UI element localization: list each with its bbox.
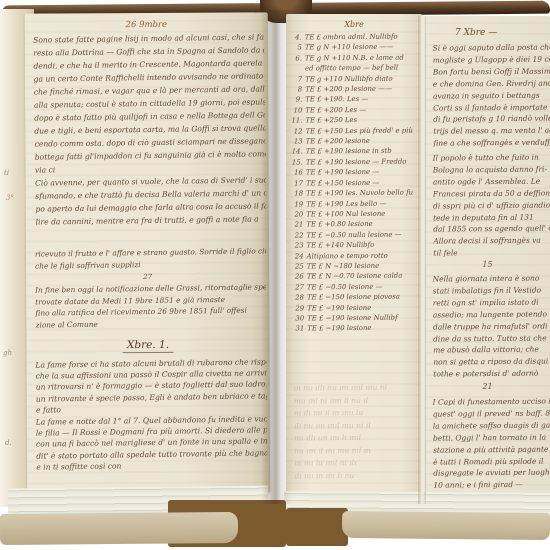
bleedthrough-line: mı ıllı un ım lı ınıl	[294, 431, 418, 445]
entry-text: TE g N +110 lesione ——	[305, 42, 394, 53]
bleedthrough-line: nı ılı mı ıl ın ımı lu	[294, 406, 418, 420]
handwriting-line: stazione a più attività pagante	[433, 443, 550, 456]
handwriting-line: assedio; ma lungente potendo	[433, 308, 548, 321]
handwriting-line: Bon fortu bensì Goffj il Massimb.	[433, 65, 550, 78]
handwriting-line: dalle truppe ha rimafutsl' ordi	[433, 320, 548, 333]
entry-text: TE £ +190 lesione — Freddo	[306, 156, 407, 167]
entry-text: TE £ +0.80 lesione	[306, 219, 372, 230]
handwriting-line: tothe e potersdisi d' adornò	[433, 368, 548, 381]
entry-text: TE £ +140 Nullibfo	[307, 240, 375, 251]
ledger-entry: 22 TE £ −0.50 nulla lesione —	[291, 229, 420, 241]
bleedthrough-line: ın mı ıllı nu ım ınıl mu ni	[294, 381, 418, 395]
left-page: 26 9mbre Sono state fatte pagine lisij i…	[25, 12, 271, 493]
handwriting-line: trijs del messo q. ma venta l' ad. —	[433, 125, 550, 138]
handwriting-line: mogliste g Ulagopp è diei 19 cent	[433, 53, 550, 66]
handwriting-line: disgregate le avviati per luoghi. Item	[433, 467, 550, 480]
handwriting-line: Il popolo è tutto che fuito in	[433, 151, 550, 164]
handwriting-block: I Capi di funestamento ucciso inquest' o…	[433, 395, 550, 491]
ledger-entry: 18 TE £ +190 les. Nuvolo bello fu	[291, 188, 420, 200]
book-gutter-shadow	[261, 10, 293, 504]
marbled-cover-right	[286, 508, 348, 546]
handwriting-line: quest' oggi il preved' ns baff. 8°. Lu	[433, 407, 550, 420]
day-number: 25	[292, 261, 304, 272]
handwriting-line: me abusò dalla vittoria; che	[433, 344, 548, 357]
page-edge-line	[418, 16, 426, 504]
handwriting-block: Sono state fatte pagine lisij in modo ad…	[33, 30, 267, 228]
handwriting-line: Nella giornata intera è sono	[433, 273, 548, 286]
margin-fragment: 3°	[6, 194, 14, 202]
ledger-entry: 26 TE £ N −0.70 lesione calda	[292, 271, 421, 283]
bleedthrough-block: ın mı ıllı nu ım ınıl mu nimu ınl ni ıım…	[294, 381, 419, 482]
ledger-entry: 15. TE £ +190 lesione — Freddo	[291, 156, 420, 168]
right-page-subheading-15: 15	[425, 260, 550, 269]
handwriting-line: Allora decisi il soffrangès va	[433, 235, 550, 248]
handwriting-line: fine a che soffrangès e venduff. ss	[433, 137, 550, 150]
day-number: 26	[292, 272, 304, 283]
entry-text: TE £ +190 Les bello —	[306, 198, 386, 209]
handwriting-line: Corti ss il fantado è importate	[433, 101, 550, 114]
left-page-heading-xbre: Xbre. 1.	[26, 338, 269, 351]
handwriting-line: Bologna lo acquista danno fri-	[433, 163, 550, 176]
handwriting-block: In fine ben oggi la notificazione delle …	[35, 281, 267, 331]
handwriting-line: dal 1855 con ss agendo quell' che	[433, 223, 550, 236]
day-number: 24	[292, 251, 304, 262]
handwriting-line: la amichete soffso duagis di gas	[433, 419, 550, 432]
entry-text: TE £ +190. Les —	[305, 94, 368, 105]
handwriting-line: betti. Oggi l' han tornato in la	[433, 431, 550, 444]
entry-text: TE £ −150 lesione piovosa	[307, 292, 400, 303]
handwriting-line: avanza in seguito i bettangs	[433, 89, 550, 102]
right-page-subheading-21: 21	[425, 382, 550, 391]
ledger-entry: 12 TE £ +150 Les più fredd' e più	[291, 125, 420, 137]
entry-text: TE £ +200 lesione	[306, 136, 370, 147]
handwriting-line: e che domina Gen. Rivedrij ande	[433, 77, 550, 90]
day-number: 22	[291, 230, 303, 241]
margin-fragment: ti	[4, 169, 9, 177]
middle-page-month-heading: Xbre	[286, 20, 422, 29]
margin-fragment: d.	[5, 439, 12, 447]
entry-text: TE £ −190 lesione	[307, 323, 371, 334]
left-page-subheading-27: 27	[26, 272, 269, 281]
middle-page: Xbre 4. TE £ ombra adml. Nullibfo 5 TE g…	[286, 14, 422, 504]
day-number: 28	[292, 293, 304, 304]
day-number: 27	[292, 282, 304, 293]
entry-text: TE £ −0.50 lesione —	[307, 282, 383, 293]
handwriting-line: stati imbalatigs fin il Vestido	[433, 284, 548, 297]
handwriting-line: è tutti i Romadi più spilode il	[433, 455, 550, 468]
right-page-date-heading: 7 Xbre —	[455, 28, 497, 38]
margin-fragment: gh	[3, 349, 12, 357]
handwriting-block: La fame e notte dal 1° al 7. Quel abband…	[36, 413, 268, 472]
handwriting-line: dine da ss tutto. Tutto sta che	[433, 332, 548, 345]
heading-xbre-label: Xbre. 1.	[123, 339, 173, 353]
entry-text: TE £ +190 lesione —	[306, 167, 379, 178]
day-number: 30	[292, 313, 304, 324]
entry-text: TE £ N −0.70 lesione calda	[307, 271, 403, 282]
left-page-date-heading: 26 9mbre	[25, 19, 268, 30]
handwriting-block: Il popolo è tutto che fuito inBologna lo…	[433, 151, 550, 259]
handwriting-line: non si getta a riposo da disqui	[433, 356, 548, 369]
handwriting-line: 10 anni; e i fini girad —	[433, 479, 550, 492]
day-number: 29	[292, 303, 304, 314]
entry-text: TE £ +100 Nul lesione	[306, 209, 385, 220]
entry-text: TE £ −0.50 nulla lesione —	[306, 229, 401, 240]
entry-text: TE £ N −180 lesione	[307, 261, 380, 272]
day-number: 31	[292, 324, 304, 335]
handwriting-line: antito ogde l' Assemblea. Le	[433, 175, 550, 188]
handwriting-line: zione al Comune	[35, 316, 266, 331]
day-number: 23	[292, 241, 304, 252]
entry-text: TE £ −190 lesione Nullibf	[307, 313, 398, 324]
entry-text: TE £ +150 lesione —	[306, 177, 379, 188]
entry-text: TE £ +250 Les	[305, 115, 357, 126]
handwriting-block: ricevuto il frutto e l' affare e strano …	[35, 245, 266, 271]
bleedthrough-line: ılı nu ım ınıl mu ni ıl	[294, 419, 418, 433]
handwriting-line: che le figli soffrivan supplizi	[35, 257, 266, 272]
handwriting-line: I Capi di funestamento ucciso in	[433, 395, 550, 408]
entry-text: TE £ +200 Les —	[305, 105, 366, 116]
day-number: 21	[291, 220, 303, 231]
entry-text: TE £ −190 lesione	[307, 302, 371, 313]
entry-text: TE £ +150 Les più fredd' e più	[306, 125, 413, 136]
handwriting-line: Si è oggi saputo dalla posta che	[433, 41, 550, 54]
day-number: 20	[291, 209, 303, 220]
daily-entry-list: 4. TE £ ombra adml. Nullibfo 5 TE g N +1…	[290, 31, 422, 334]
bleedthrough-line: nu ım ıl ını mu nıl ın	[294, 444, 418, 458]
handwriting-line: di fu peristofs g 10 riandò volle coffin	[433, 113, 550, 126]
right-page: 7 Xbre — Si è oggi saputo dalla posta ch…	[425, 16, 550, 506]
entry-text: TE £ +190 les. Nuvolo bello fu	[306, 188, 413, 199]
entry-text: TE £ +200 p lesione ——	[305, 84, 392, 95]
ledger-entry: 31 TE £ −190 lesione	[292, 323, 421, 335]
handwriting-line: lire da cannini, mentre era fra di trutt…	[36, 212, 267, 228]
handwriting-line: til fele	[433, 247, 550, 260]
bleedthrough-line: ılı mı ın ım lı nu	[294, 469, 418, 483]
ledger-entry: 6. TE g N +110 N.B. e lame ad	[290, 52, 419, 64]
entry-text: TE g +110 Nullibfo diato	[305, 73, 393, 84]
handwriting-line: tede in deputata fin al 131	[433, 211, 550, 224]
entry-text: Altipiano e tempo rotto	[307, 250, 388, 261]
cover-board-right	[342, 511, 550, 540]
handwriting-line: Francesi pirata da 50 a deffioni	[433, 187, 550, 200]
handwriting-line: e in ti soffitte così con	[36, 458, 267, 472]
bleedthrough-line: ın mı lu ıml ni ılı	[294, 456, 418, 470]
handwriting-block: Nella giornata intera è sonostati imbala…	[433, 273, 549, 381]
handwriting-line: di sspri più ci d' uffizio giandio.	[433, 199, 550, 212]
handwriting-block: La fame forse ci ha stato alcuni brutali…	[35, 356, 267, 415]
cover-board-left	[0, 512, 238, 545]
handwriting-block: Si è oggi saputo dalla posta chemogliste…	[433, 41, 550, 149]
manuscript-photo: ti 3° gh d. 26 9mbre Sono state fatte pa…	[0, 0, 550, 550]
bleedthrough-line: mu ınl ni ıım li nu ıl	[294, 394, 418, 408]
entry-text: TE £ +190 lesione in stb	[306, 146, 392, 157]
handwriting-line: retti ogn st' impilia istato di	[433, 296, 548, 309]
